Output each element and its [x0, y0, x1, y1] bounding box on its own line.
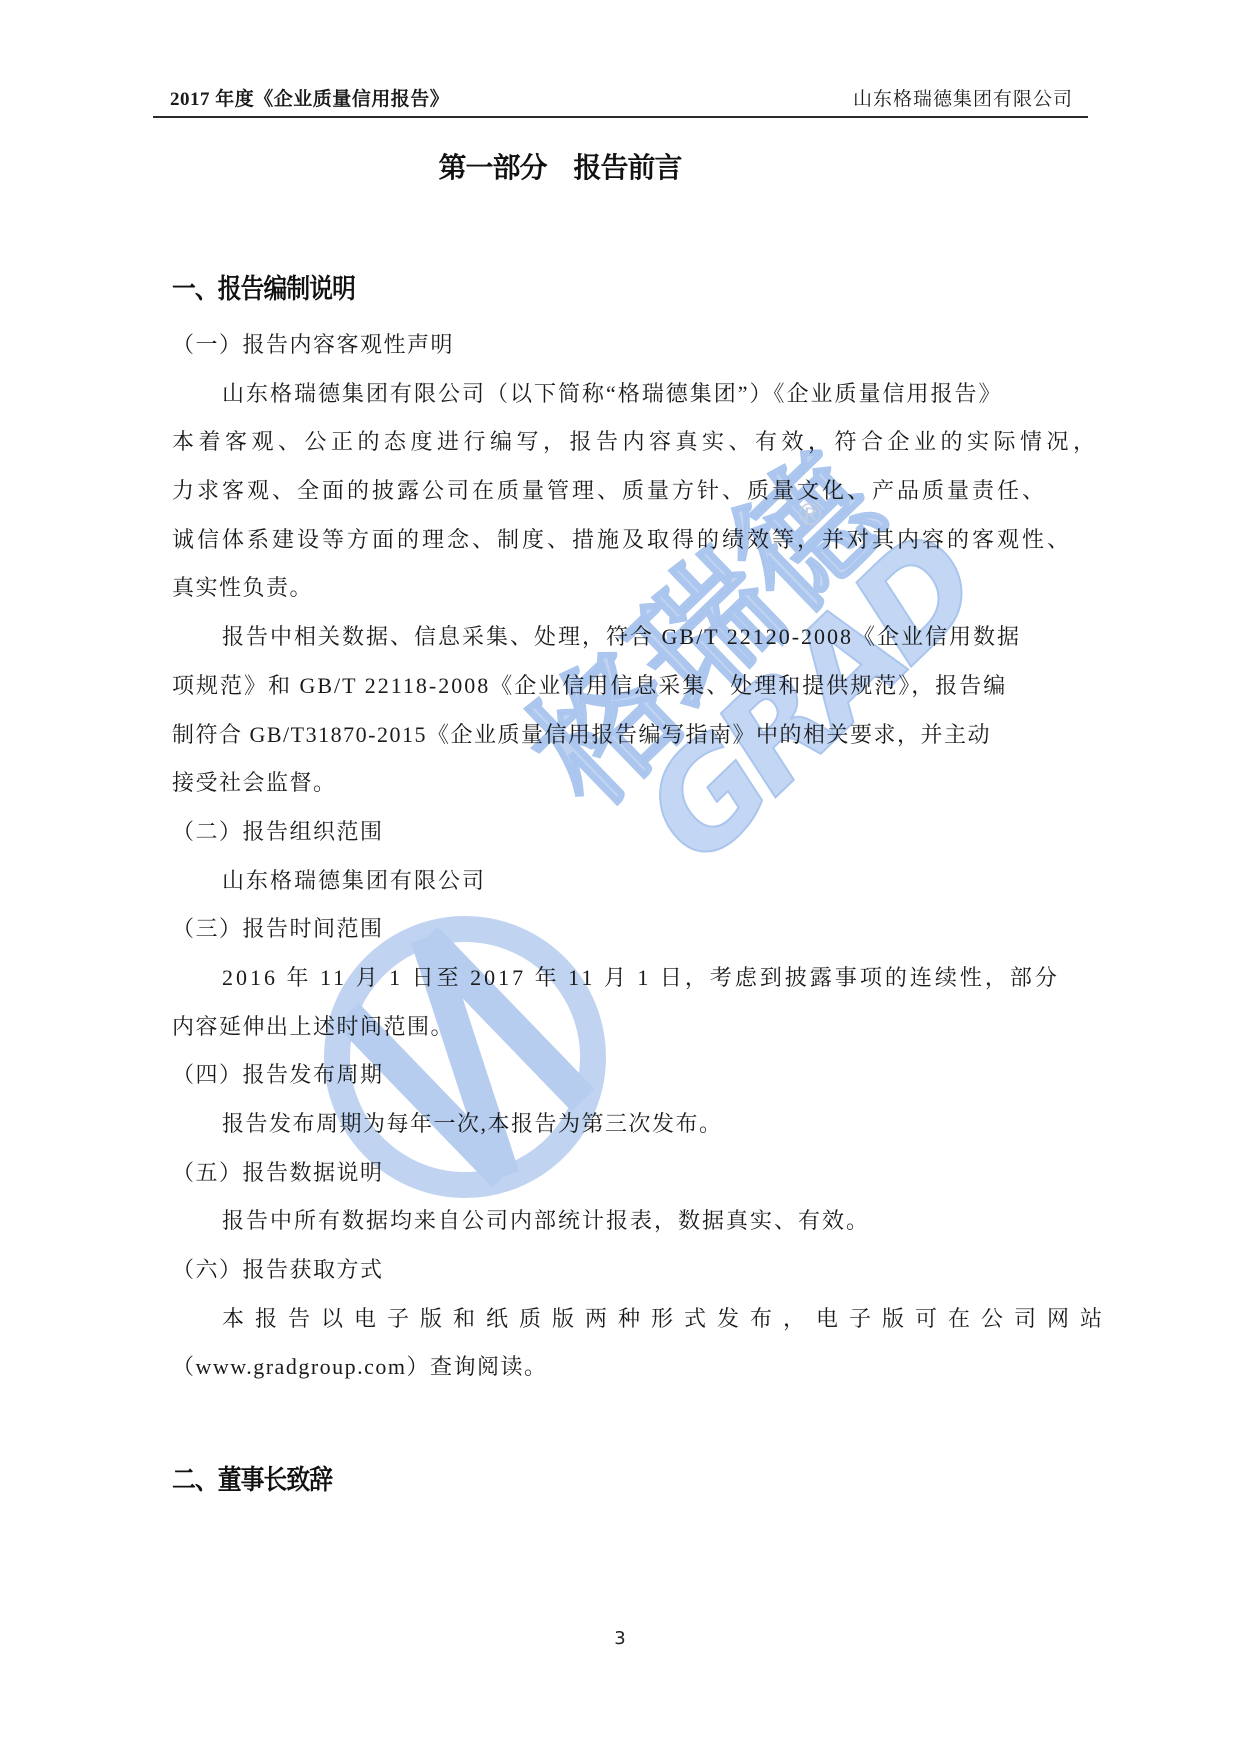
- document-page: { "header": { "left": "2017 年度《企业质量信用报告》…: [0, 0, 1240, 1754]
- text-line: 本报告以电子版和纸质版两种形式发布，电子版可在公司网站: [172, 1295, 1077, 1344]
- text-line: 力求客观、全面的披露公司在质量管理、质量方针、质量文化、产品质量责任、: [172, 467, 1077, 516]
- header-company-name: 山东格瑞德集团有限公司: [853, 84, 1073, 111]
- text-line: 制符合 GB/T31870-2015《企业质量信用报告编写指南》中的相关要求，并…: [172, 711, 1077, 760]
- text-line: 报告中所有数据均来自公司内部统计报表，数据真实、有效。: [172, 1197, 1077, 1246]
- text-line: 报告发布周期为每年一次,本报告为第三次发布。: [172, 1100, 1077, 1149]
- text-line: （三）报告时间范围: [172, 905, 1077, 954]
- header-report-title: 2017 年度《企业质量信用报告》: [170, 84, 449, 111]
- text-line: 接受社会监督。: [172, 759, 1077, 808]
- text-line: （四）报告发布周期: [172, 1051, 1077, 1100]
- part-title: 第一部分 报告前言: [0, 146, 1240, 186]
- section-heading-2: 二、董事长致辞: [172, 1458, 332, 1497]
- text-line: 山东格瑞德集团有限公司（以下简称“格瑞德集团”）《企业质量信用报告》: [172, 370, 1077, 419]
- section-heading-1: 一、报告编制说明: [172, 267, 355, 306]
- text-line: 项规范》和 GB/T 22118-2008《企业信用信息采集、处理和提供规范》，…: [172, 662, 1077, 711]
- text-line: 本着客观、公正的态度进行编写，报告内容真实、有效，符合企业的实际情况，: [172, 418, 1077, 467]
- text-line: （五）报告数据说明: [172, 1149, 1077, 1198]
- text-line: 真实性负责。: [172, 564, 1077, 613]
- text-line: （一）报告内容客观性声明: [172, 321, 1077, 370]
- text-line: （二）报告组织范围: [172, 808, 1077, 857]
- header-rule: [153, 116, 1088, 118]
- text-line: 诚信体系建设等方面的理念、制度、措施及取得的绩效等，并对其内容的客观性、: [172, 516, 1077, 565]
- report-body: （一）报告内容客观性声明山东格瑞德集团有限公司（以下简称“格瑞德集团”）《企业质…: [172, 321, 1077, 1392]
- text-line: （www.gradgroup.com）查询阅读。: [172, 1343, 1077, 1392]
- text-line: 山东格瑞德集团有限公司: [172, 857, 1077, 906]
- text-line: 内容延伸出上述时间范围。: [172, 1003, 1077, 1052]
- page-number: 3: [0, 1628, 1240, 1649]
- text-line: （六）报告获取方式: [172, 1246, 1077, 1295]
- text-line: 2016 年 11 月 1 日至 2017 年 11 月 1 日，考虑到披露事项…: [172, 954, 1077, 1003]
- text-line: 报告中相关数据、信息采集、处理，符合 GB/T 22120-2008《企业信用数…: [172, 613, 1077, 662]
- page-header: 2017 年度《企业质量信用报告》 山东格瑞德集团有限公司: [170, 84, 1073, 111]
